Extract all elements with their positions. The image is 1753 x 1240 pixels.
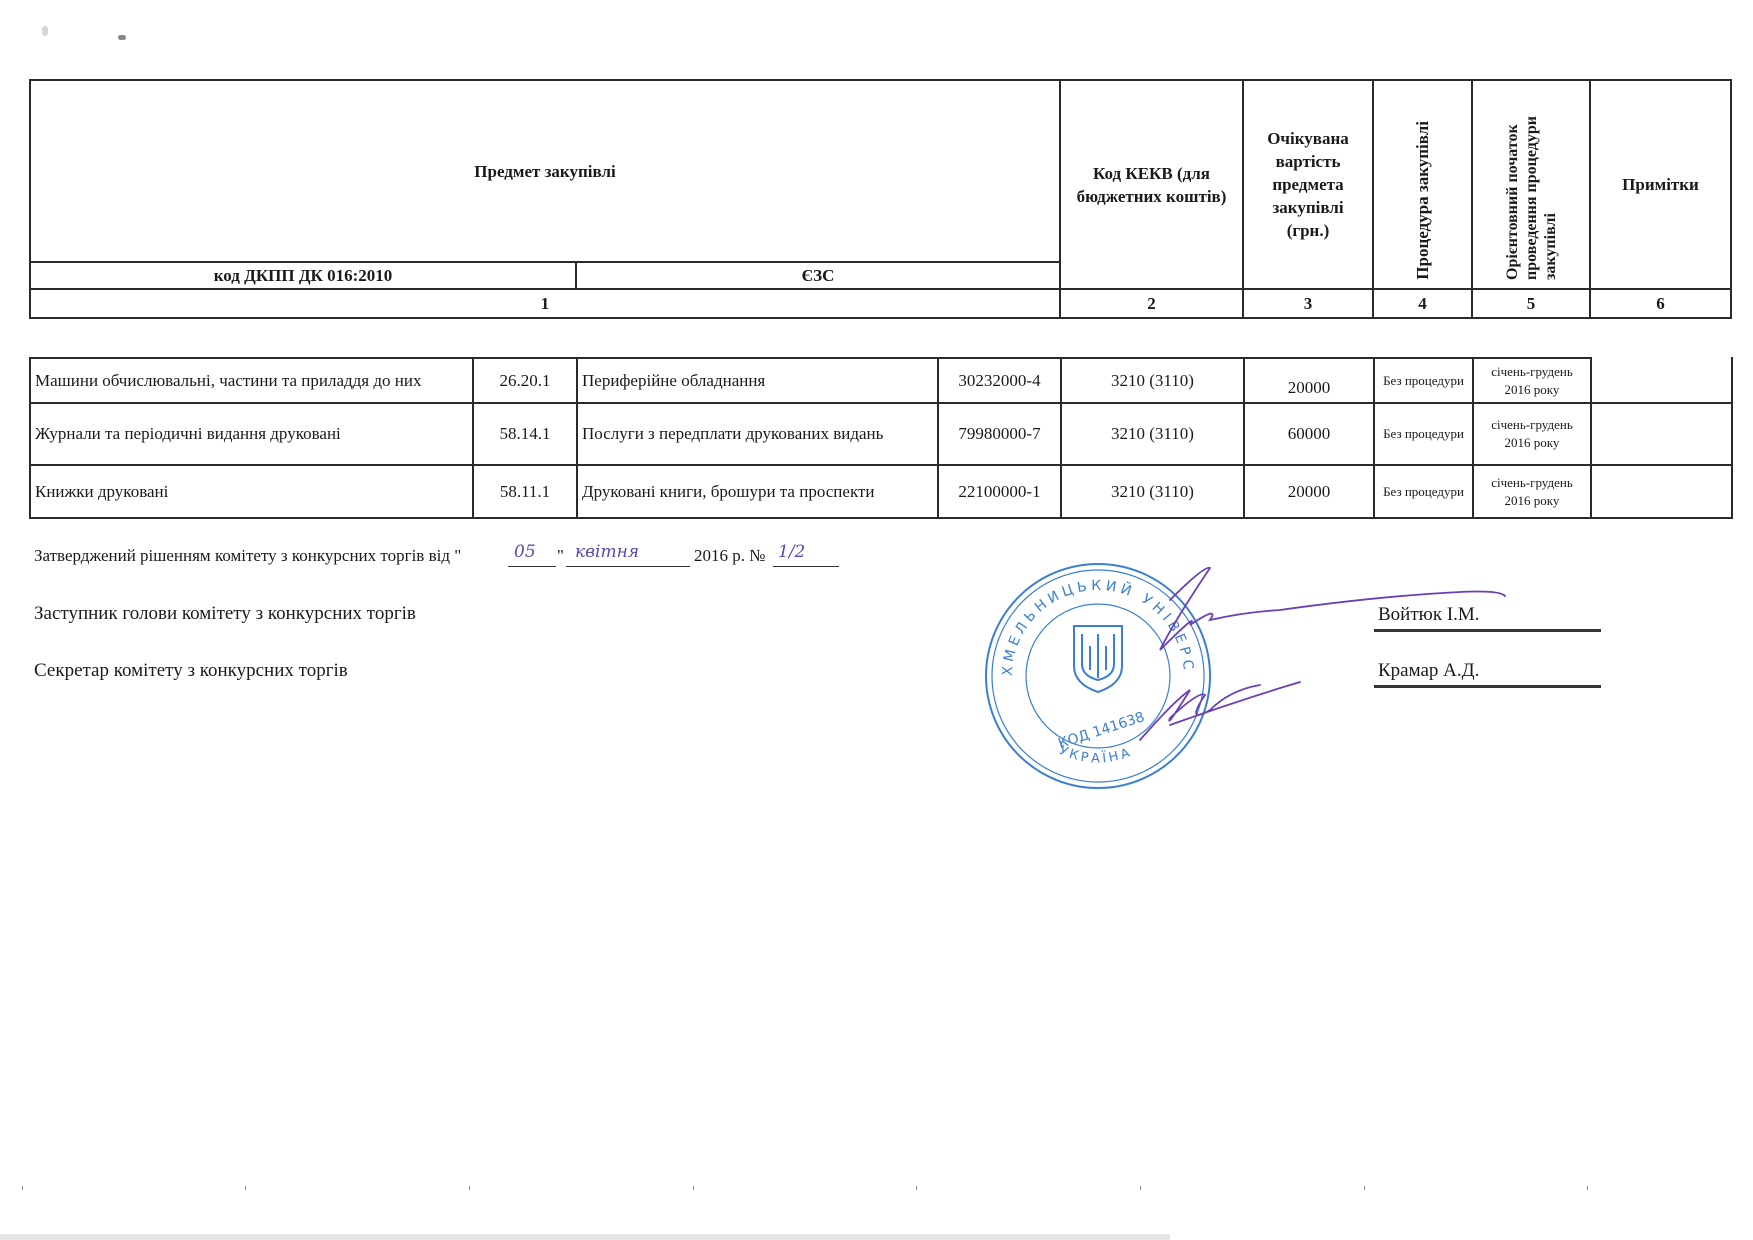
row-dkpp: 58.11.1: [474, 466, 576, 517]
row-procedure: Без процедури: [1375, 404, 1472, 464]
scan-speck: [42, 26, 48, 36]
approval-quote: ": [557, 546, 564, 566]
row-name: Книжки друковані: [31, 466, 472, 517]
stamp-and-signatures: ХМЕЛЬНИЦЬКИЙ УНІВЕРСИТЕТ УПРАВЛІННЯ ТА П…: [960, 540, 1600, 810]
row-notes: [1592, 466, 1731, 517]
col-number-4: 4: [1374, 290, 1471, 317]
scan-tick: [245, 1186, 246, 1190]
col-number-2: 2: [1061, 290, 1242, 317]
row-start: січень-грудень2016 року: [1474, 404, 1590, 464]
row-kekv: 3210 (3110): [1062, 466, 1243, 517]
start-period: січень-грудень: [1491, 363, 1573, 381]
row-dkpp: 26.20.1: [474, 359, 576, 402]
scan-speck: [118, 35, 126, 40]
row-dkpp: 58.14.1: [474, 404, 576, 464]
approval-month: квітня: [575, 542, 639, 562]
row-procedure: Без процедури: [1375, 359, 1472, 402]
col-number-1: 1: [31, 290, 1059, 317]
row-procedure: Без процедури: [1375, 466, 1472, 517]
handwritten-signature: [1140, 568, 1505, 740]
row-ezs-code: 30232000-4: [939, 359, 1060, 402]
col-number-6: 6: [1591, 290, 1730, 317]
row-cost: 20000: [1245, 359, 1373, 402]
row-ezs-name: Послуги з передплати друкованих видань: [578, 404, 937, 464]
row-kekv: 3210 (3110): [1062, 404, 1243, 464]
svg-text:ХМЕЛЬНИЦЬКИЙ УНІВЕРСИТЕТ УПРАВ: ХМЕЛЬНИЦЬКИЙ УНІВЕРСИТЕТ УПРАВЛІННЯ ТА П…: [960, 540, 1196, 676]
scan-edge: [0, 1234, 1170, 1240]
header-kekv: Код КЕКВ (для бюджетних коштів): [1061, 81, 1242, 288]
scan-tick: [469, 1186, 470, 1190]
header-notes: Примітки: [1591, 81, 1730, 288]
trident-emblem-icon: [1074, 626, 1122, 692]
row-name: Машини обчислювальні, частини та приладд…: [31, 359, 472, 402]
scan-tick: [1587, 1186, 1588, 1190]
approval-prefix: Затверджений рішенням комітету з конкурс…: [34, 546, 461, 566]
row-ezs-name: Друковані книги, брошури та проспекти: [578, 466, 937, 517]
scan-tick: [916, 1186, 917, 1190]
row-ezs-name: Периферійне обладнання: [578, 359, 937, 402]
row-name: Журнали та періодичні видання друковані: [31, 404, 472, 464]
header-code-dkpp: код ДКПП ДК 016:2010: [31, 263, 575, 288]
col-number-5: 5: [1473, 290, 1589, 317]
row-ezs-code: 22100000-1: [939, 466, 1060, 517]
header-start-cell: Орієнтовний початок проведення процедури…: [1473, 81, 1589, 288]
scan-tick: [1364, 1186, 1365, 1190]
official-stamp: ХМЕЛЬНИЦЬКИЙ УНІВЕРСИТЕТ УПРАВЛІННЯ ТА П…: [960, 540, 1210, 788]
header-ezs: ЄЗС: [577, 263, 1059, 288]
approval-year: 2016 р. №: [694, 546, 765, 566]
scan-tick: [22, 1186, 23, 1190]
col-number-3: 3: [1244, 290, 1372, 317]
row-notes: [1592, 404, 1731, 464]
row-start: січень-грудень2016 року: [1474, 359, 1590, 402]
signature-role-deputy: Заступник голови комітету з конкурсних т…: [34, 603, 416, 625]
start-year: 2016 року: [1505, 434, 1560, 452]
approval-number: 1/2: [778, 542, 805, 562]
row-start: січень-грудень2016 року: [1474, 466, 1590, 517]
start-year: 2016 року: [1505, 492, 1560, 510]
scan-tick: [693, 1186, 694, 1190]
table-rule: [1731, 357, 1733, 519]
start-period: січень-грудень: [1491, 474, 1573, 492]
row-ezs-code: 79980000-7: [939, 404, 1060, 464]
start-year: 2016 року: [1505, 381, 1560, 399]
stamp-outer-text: ХМЕЛЬНИЦЬКИЙ УНІВЕРСИТЕТ УПРАВЛІННЯ ТА П…: [960, 540, 1196, 676]
signature-role-secretary: Секретар комітету з конкурсних торгів: [34, 660, 348, 682]
row-notes: [1592, 359, 1731, 402]
header-subject: Предмет закупівлі: [31, 81, 1059, 261]
start-period: січень-грудень: [1491, 416, 1573, 434]
row-cost: 60000: [1245, 404, 1373, 464]
scan-tick: [1140, 1186, 1141, 1190]
approval-day: 05: [514, 542, 536, 562]
header-expected-cost: Очікувана вартість предмета закупівлі (г…: [1244, 81, 1372, 288]
row-kekv: 3210 (3110): [1062, 359, 1243, 402]
header-procedure: Процедура закупівлі: [1412, 121, 1434, 280]
table-rule: [29, 517, 1733, 519]
stamp-code-text: КОД 141638: [1056, 709, 1146, 752]
header-start: Орієнтовний початок проведення процедури…: [1503, 100, 1560, 280]
header-procedure-cell: Процедура закупівлі: [1374, 81, 1471, 288]
row-cost: 20000: [1245, 466, 1373, 517]
